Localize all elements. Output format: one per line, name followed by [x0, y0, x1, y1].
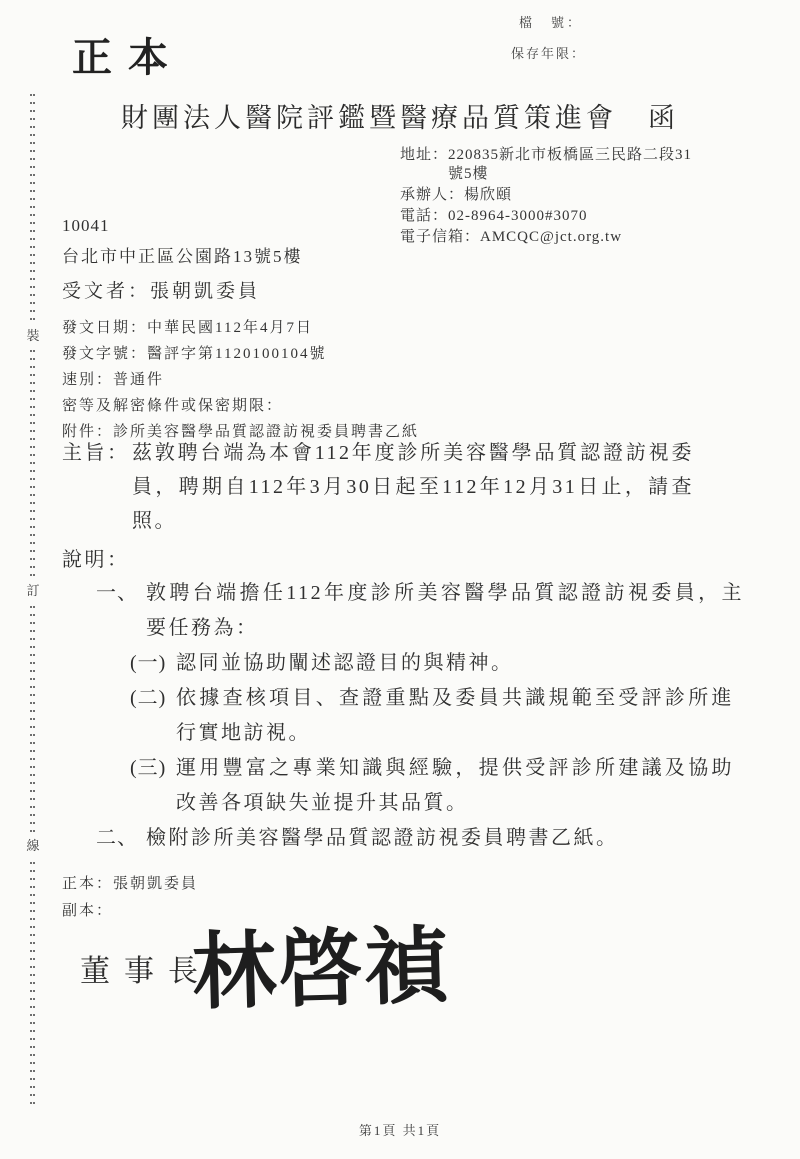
list-item-number: (一) — [130, 646, 166, 681]
original-copy-line: 正本：張朝凱委員 — [62, 872, 198, 893]
sender-contact-person: 承辦人：楊欣頤 — [400, 186, 704, 205]
recipient-postal-code: 10041 — [62, 216, 303, 236]
issue-date-line: 發文日期：中華民國112年4月7日 — [62, 315, 419, 341]
recipient-name-line: 受文者：張朝凱委員 — [62, 276, 303, 303]
subject-label: 主旨： — [62, 436, 130, 470]
document-page: 正本 檔 號： 保存年限： 財團法人醫院評鑑暨醫療品質策進會 函 裝 訂 線 地… — [0, 0, 800, 1159]
list-item-text: 依據查核項目、查證重點及委員共識規範至受評診所進行實地訪視。 — [176, 687, 734, 744]
list-item: 一、 敦聘台端擔任112年度診所美容醫學品質認證訪視委員，主要任務為： — [96, 576, 744, 646]
list-item-number: 一、 — [96, 576, 138, 611]
sender-address-value: 220835新北市板橋區三民路二段31號5樓 — [448, 146, 704, 184]
sender-phone: 電話：02-8964-3000#3070 — [400, 207, 704, 226]
explanation-label: 說明： — [62, 543, 130, 572]
binding-mark-xian: 線 — [24, 832, 42, 857]
list-item-text: 運用豐富之專業知識與經驗，提供受評診所建議及協助改善各項缺失並提升其品質。 — [176, 757, 734, 814]
list-item-text: 敦聘台端擔任112年度診所美容醫學品質認證訪視委員，主要任務為： — [146, 582, 744, 639]
recipient-block: 10041 台北市中正區公園路13號5樓 受文者：張朝凱委員 — [62, 216, 303, 303]
sender-address-row: 地址： 220835新北市板橋區三民路二段31號5樓 — [400, 146, 704, 184]
document-number-line: 發文字號：醫評字第1120100104號 — [62, 341, 419, 367]
document-meta-block: 發文日期：中華民國112年4月7日 發文字號：醫評字第1120100104號 速… — [62, 315, 419, 445]
list-item-text: 認同並協助闡述認證目的與精神。 — [176, 652, 514, 674]
file-number-label: 檔 號： — [519, 12, 583, 31]
list-item-number: (三) — [130, 751, 166, 786]
sender-address-label: 地址： — [400, 146, 448, 184]
priority-line: 速別：普通件 — [62, 367, 419, 393]
sender-contact-block: 地址： 220835新北市板橋區三民路二段31號5樓 承辦人：楊欣頤 電話：02… — [400, 146, 704, 249]
list-item: (一) 認同並協助闡述認證目的與精神。 — [130, 646, 734, 681]
chairman-signature: 林啓禎 — [190, 899, 451, 1027]
list-item-number: 二、 — [96, 821, 138, 856]
binding-mark-ding: 訂 — [24, 577, 42, 602]
recipient-address: 台北市中正區公園路13號5樓 — [62, 242, 303, 267]
subject-paragraph: 主旨： 茲敦聘台端為本會112年度診所美容醫學品質認證訪視委員，聘期自112年3… — [62, 436, 694, 538]
security-line: 密等及解密條件或保密期限： — [62, 393, 419, 419]
page-number-footer: 第1頁 共1頁 — [0, 1120, 800, 1139]
list-item: (二) 依據查核項目、查證重點及委員共識規範至受評診所進行實地訪視。 — [130, 681, 734, 751]
document-title: 財團法人醫院評鑑暨醫療品質策進會 函 — [0, 96, 800, 135]
retention-period-label: 保存年限： — [511, 43, 586, 62]
carbon-copy-line: 副本： — [62, 899, 113, 920]
explanation-list: 一、 敦聘台端擔任112年度診所美容醫學品質認證訪視委員，主要任務為： (一) … — [96, 576, 744, 856]
list-item: (三) 運用豐富之專業知識與經驗，提供受評診所建議及協助改善各項缺失並提升其品質… — [130, 751, 734, 821]
sender-email: 電子信箱：AMCQC@jct.org.tw — [400, 228, 704, 247]
list-item-text: 檢附診所美容醫學品質認證訪視委員聘書乙紙。 — [146, 827, 619, 849]
list-item-number: (二) — [130, 681, 166, 716]
copy-type-label: 正本 — [72, 26, 184, 83]
subject-text: 茲敦聘台端為本會112年度診所美容醫學品質認證訪視委員，聘期自112年3月30日… — [132, 442, 694, 532]
binding-mark-zhuang: 裝 — [24, 322, 42, 347]
list-item: 二、 檢附診所美容醫學品質認證訪視委員聘書乙紙。 — [96, 821, 744, 856]
